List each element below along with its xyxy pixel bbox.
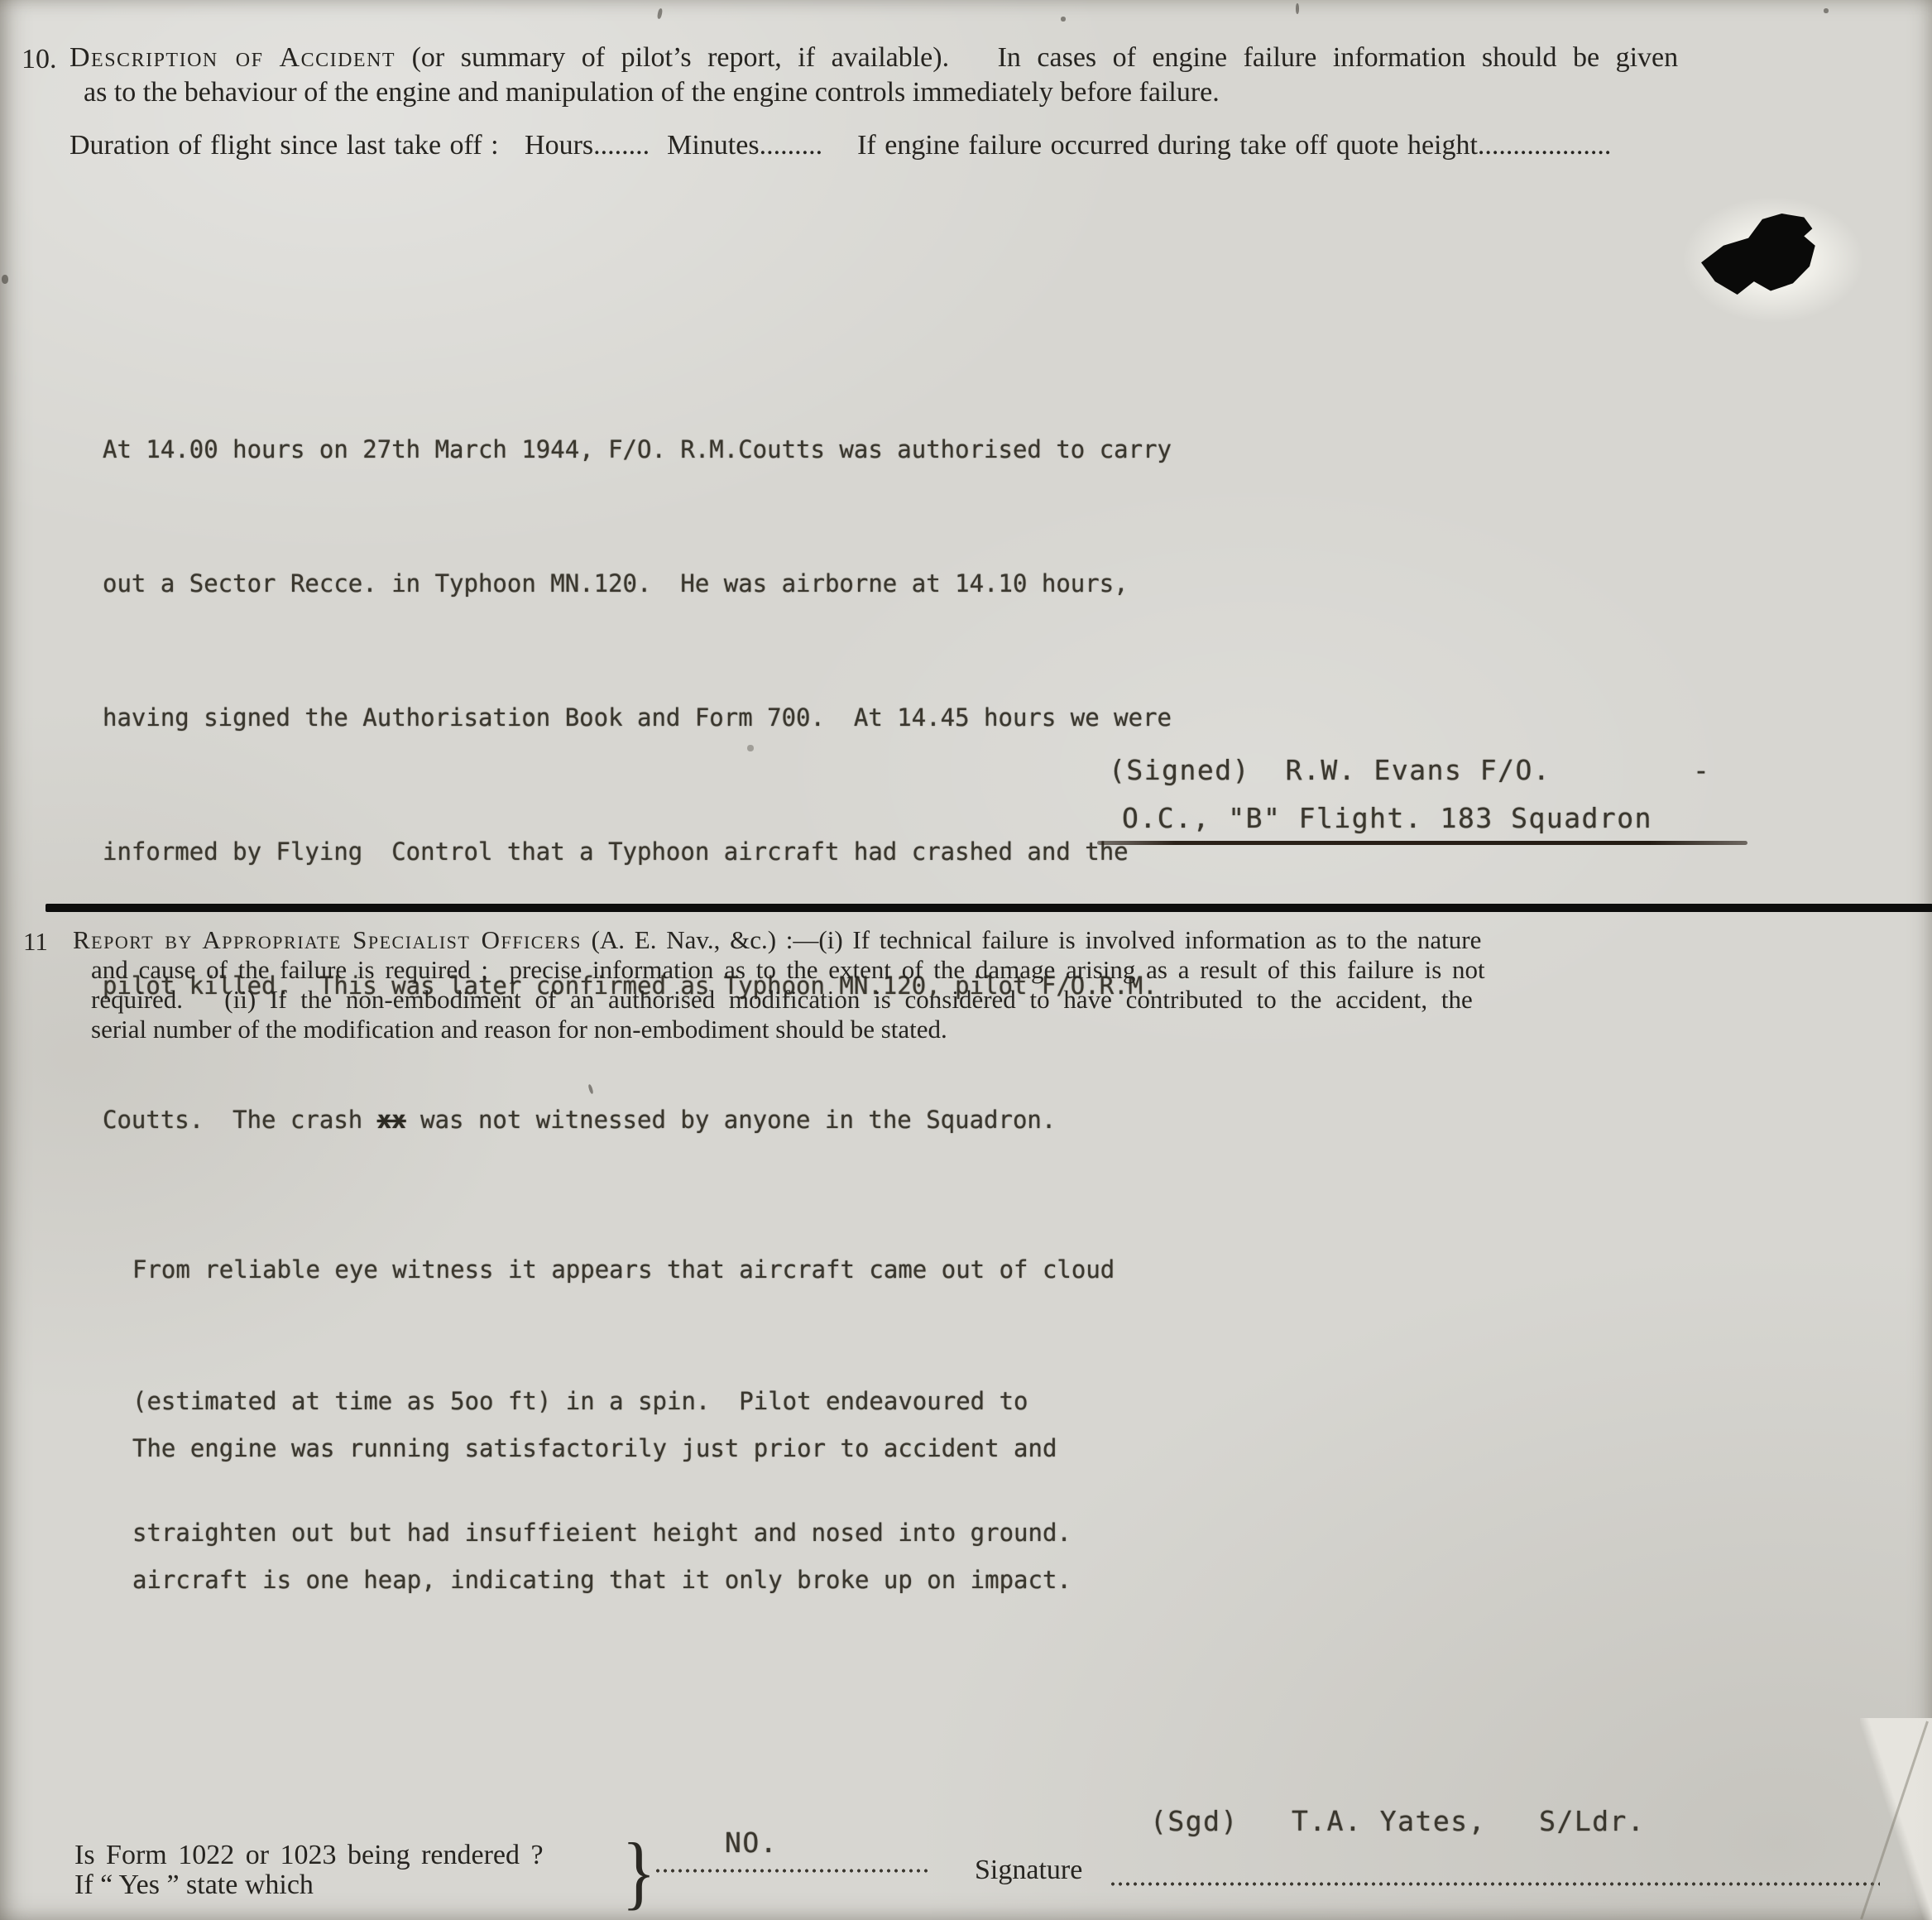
typed-line: out a Sector Recce. in Typhoon MN.120. H…	[103, 561, 1172, 606]
section10-heading-line1: Description of Accident (or summary of p…	[70, 41, 1678, 74]
rendered-answer: NO.	[725, 1824, 778, 1862]
typed-line: having signed the Authorisation Book and…	[103, 695, 1172, 740]
typed-line-segment: Coutts. The crash	[103, 1106, 377, 1134]
paper-speck	[1061, 17, 1066, 22]
accident-report-form-page: 10. Description of Accident (or summary …	[0, 0, 1932, 1920]
signature-label: Signature	[975, 1854, 1082, 1887]
signed-by-line: (Signed) R.W. Evans F/O.	[1109, 751, 1551, 790]
section11-heading-line3: required. (ii) If the non-embodiment of …	[91, 985, 1473, 1014]
section10-number: 10.	[22, 43, 57, 76]
section11-heading-line4: serial number of the modification and re…	[91, 1015, 947, 1044]
typed-line: informed by Flying Control that a Typhoo…	[103, 829, 1172, 874]
typed-line: The engine was running satisfactorily ju…	[132, 1427, 1071, 1471]
specialist-report-paragraph-2: The engine was running satisfactorily ju…	[132, 1339, 1071, 1690]
paper-speck	[2, 275, 8, 284]
answer-dotted-line	[655, 1869, 928, 1873]
signature-dotted-line	[1110, 1882, 1880, 1886]
paper-speck	[747, 745, 754, 751]
section-divider-rule	[46, 904, 1932, 912]
typed-line: From reliable eye witness it appears tha…	[132, 1248, 1115, 1292]
stray-dash-mark: -	[1693, 751, 1710, 790]
section10-heading-rest: (or summary of pilot’s report, if availa…	[396, 42, 1678, 73]
section10-title: Description of Accident	[70, 42, 396, 73]
section11-heading-rest: (A. E. Nav., &c.) :—(i) If technical fai…	[582, 925, 1482, 954]
curly-brace: }	[622, 1831, 656, 1913]
struck-out-text: xx	[377, 1106, 406, 1134]
signature-ink-underline	[1097, 841, 1747, 845]
paper-speck	[1824, 8, 1829, 13]
section11-heading-line1: Report by Appropriate Specialist Officer…	[73, 925, 1481, 954]
section11-heading-line2: and cause of the failure is required ; p…	[91, 955, 1485, 984]
typed-line: At 14.00 hours on 27th March 1944, F/O. …	[103, 427, 1172, 472]
section10-heading-line2: as to the behaviour of the engine and ma…	[84, 76, 1220, 109]
form-question-line2: If “ Yes ” state which	[74, 1869, 314, 1902]
accident-description-text: At 14.00 hours on 27th March 1944, F/O. …	[103, 338, 1172, 1231]
typed-line-segment: was not witnessed by anyone in the Squad…	[406, 1106, 1057, 1134]
paper-speck	[530, 713, 533, 717]
typed-line: Coutts. The crash xx was not witnessed b…	[103, 1097, 1172, 1142]
section11-title: Report by Appropriate Specialist Officer…	[73, 925, 582, 954]
typed-line: aircraft is one heap, indicating that it…	[132, 1558, 1071, 1602]
paper-speck	[657, 8, 664, 20]
signed-unit-line: O.C., "B" Flight. 183 Squadron	[1122, 799, 1652, 838]
duration-of-flight-line: Duration of flight since last take off :…	[70, 129, 1611, 162]
form-question-line1: Is Form 1022 or 1023 being rendered ?	[74, 1839, 544, 1872]
section11-number: 11	[23, 927, 48, 956]
paper-speck	[1296, 3, 1299, 14]
sgd-signature-line: (Sgd) T.A. Yates, S/Ldr.	[1150, 1802, 1645, 1841]
